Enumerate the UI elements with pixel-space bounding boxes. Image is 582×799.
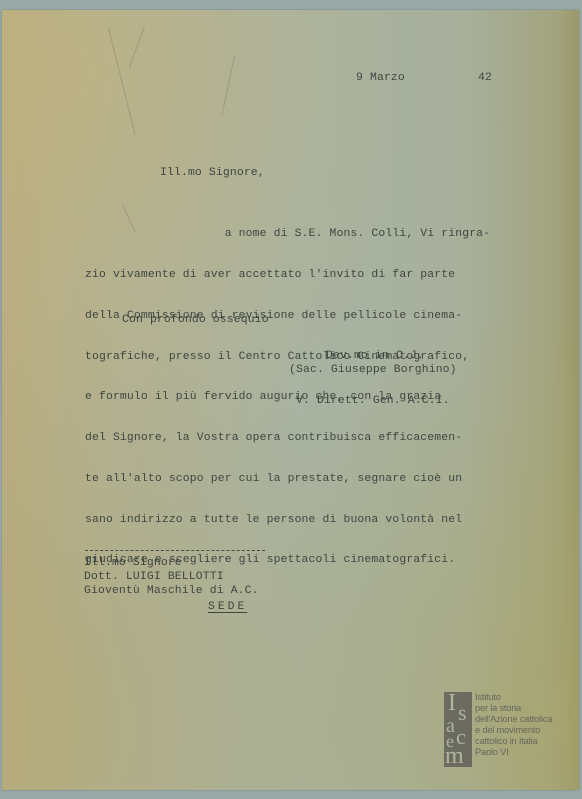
pencil-mark [108, 28, 136, 135]
watermark-text: Istituto per la storia dell'Azione catto… [475, 692, 552, 758]
letter-date: 9 Marzo [356, 72, 405, 86]
logo-letter: I [448, 692, 456, 715]
body-line: zio vivamente di aver accettato l'invito… [85, 269, 490, 283]
isacem-logo-icon: I s a e c m [444, 692, 472, 767]
page-number: 42 [478, 72, 492, 86]
watermark-line: cattolico in Italia [475, 736, 552, 747]
separator-rule [85, 550, 265, 551]
recipient-name: Dott. LUIGI BELLOTTI [84, 571, 224, 585]
signature-name: (Sac. Giuseppe Borghino) [289, 364, 457, 378]
body-line: sano indirizzo a tutte le persone di buo… [85, 514, 490, 528]
closing: Con profondo ossequio [122, 314, 269, 328]
letter-body: a nome di S.E. Mons. Colli, Vi ringra- z… [85, 201, 490, 582]
signature-line-1: Dev.mo in C.J. [326, 350, 424, 364]
logo-letter: s [458, 702, 467, 724]
logo-letter: m [445, 744, 464, 767]
watermark-line: Istituto [475, 692, 552, 703]
salutation: Ill.mo Signore, [160, 167, 265, 181]
recipient-line-1: Ill.mo Signore [84, 557, 182, 571]
recipient-location: SEDE [208, 601, 247, 615]
pencil-mark [129, 26, 145, 69]
body-line: te all'alto scopo per cui la prestate, s… [85, 473, 490, 487]
recipient-organization: Gioventù Maschile di A.C. [84, 585, 259, 599]
signature-title: V. Dirett. Gen. A.C.I. [296, 395, 450, 409]
body-line: tografiche, presso il Centro Cattolico C… [85, 351, 490, 365]
body-line: a nome di S.E. Mons. Colli, Vi ringra- [85, 228, 490, 242]
watermark-line: e del movimento [475, 725, 552, 736]
body-line: del Signore, la Vostra opera contribuisc… [85, 432, 490, 446]
archive-watermark: I s a e c m Istituto per la storia dell'… [444, 692, 552, 767]
pencil-mark [222, 56, 235, 115]
watermark-line: per la storia [475, 703, 552, 714]
watermark-line: Paolo VI [475, 747, 552, 758]
watermark-line: dell'Azione cattolica [475, 714, 552, 725]
